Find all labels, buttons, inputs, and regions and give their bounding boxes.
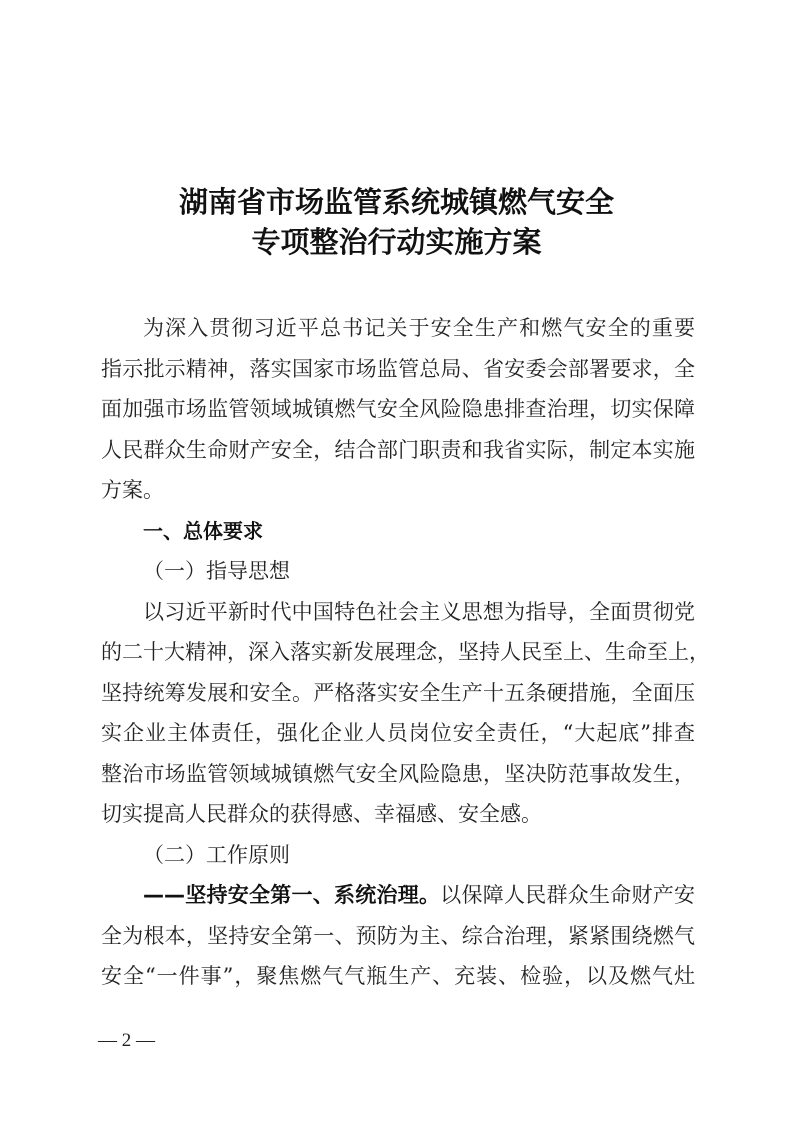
principle-text: 以保障人民群众生命财产安 xyxy=(440,883,695,907)
section-heading: 一、总体要求 xyxy=(101,511,695,552)
intro-line: 方案。 xyxy=(101,470,695,511)
page-number: — 2 — xyxy=(98,1030,155,1052)
principle-lead: ——坚持安全第一、系统治理。 xyxy=(143,883,440,907)
intro-line: 指示批示精神，落实国家市场监管总局、省安委会部署要求，全 xyxy=(101,349,695,390)
paragraph-line: 全为根本，坚持安全第一、预防为主、综合治理，紧紧围绕燃气 xyxy=(101,916,695,957)
principle-line: ——坚持安全第一、系统治理。以保障人民群众生命财产安 xyxy=(101,875,695,916)
paragraph-line: 实企业主体责任，强化企业人员岗位安全责任，“大起底”排查 xyxy=(101,713,695,754)
paragraph-line: 的二十大精神，深入落实新发展理念，坚持人民至上、生命至上， xyxy=(101,632,695,673)
intro-line: 面加强市场监管领域城镇燃气安全风险隐患排查治理，切实保障 xyxy=(101,389,695,430)
document-title-line1: 湖南省市场监管系统城镇燃气安全 xyxy=(0,180,793,221)
paragraph-line: 整治市场监管领域城镇燃气安全风险隐患，坚决防范事故发生， xyxy=(101,754,695,795)
intro-line: 为深入贯彻习近平总书记关于安全生产和燃气安全的重要 xyxy=(101,308,695,349)
subsection-heading: （二）工作原则 xyxy=(101,835,695,876)
document-body: 为深入贯彻习近平总书记关于安全生产和燃气安全的重要 指示批示精神，落实国家市场监… xyxy=(101,308,695,997)
subsection-heading: （一）指导思想 xyxy=(101,551,695,592)
paragraph-line: 以习近平新时代中国特色社会主义思想为指导，全面贯彻党 xyxy=(101,592,695,633)
paragraph-line: 切实提高人民群众的获得感、幸福感、安全感。 xyxy=(101,794,695,835)
document-page: 湖南省市场监管系统城镇燃气安全 专项整治行动实施方案 为深入贯彻习近平总书记关于… xyxy=(0,0,793,1122)
intro-line: 人民群众生命财产安全，结合部门职责和我省实际，制定本实施 xyxy=(101,430,695,471)
paragraph-line: 安全“一件事”，聚焦燃气气瓶生产、充装、检验，以及燃气灶 xyxy=(101,956,695,997)
paragraph-line: 坚持统筹发展和安全。严格落实安全生产十五条硬措施，全面压 xyxy=(101,673,695,714)
document-title-line2: 专项整治行动实施方案 xyxy=(0,220,793,261)
